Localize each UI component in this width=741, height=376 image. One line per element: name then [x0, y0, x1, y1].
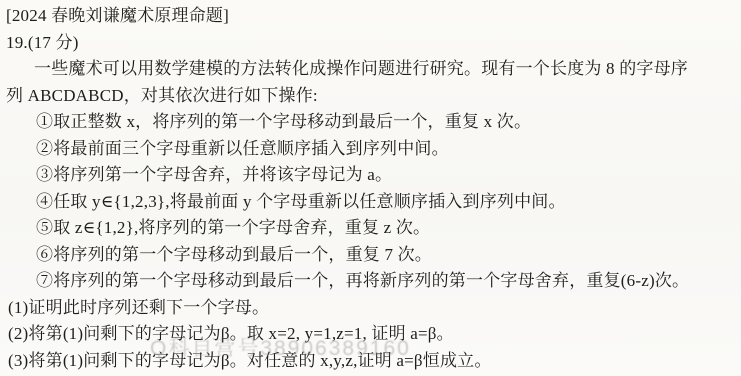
operation-step-1: ①取正整数 x，将序列的第一个字母移动到最后一个，重复 x 次。	[6, 109, 735, 136]
sub-question-2: (2)将第(1)问剩下的字母记为β。取 x=2, y=1,z=1, 证明 a=β…	[6, 321, 735, 348]
operation-step-4: ④任取 y∈{1,2,3},将最前面 y 个字母重新以任意顺序插入到序列中间。	[6, 189, 735, 216]
question-number: 19.(17 分)	[6, 30, 735, 57]
exam-problem-page: [2024 春晚刘谦魔术原理命题] 19.(17 分) 一些魔术可以用数学建模的…	[0, 0, 741, 376]
sub-question-3: (3)将第(1)问剩下的字母记为β。对任意的 x,y,z,证明 a=β恒成立。	[6, 348, 735, 375]
operation-step-7: ⑦将序列的第一个字母移动到最后一个，再将新序列的第一个字母舍弃，重复(6-z)次…	[6, 268, 735, 295]
intro-line-2: 列 ABCDABCD，对其依次进行如下操作:	[6, 83, 735, 110]
operation-step-5: ⑤取 z∈{1,2},将序列的第一个字母舍弃，重复 z 次。	[6, 215, 735, 242]
operation-step-6: ⑥将序列的第一个字母移动到最后一个，重复 7 次。	[6, 242, 735, 269]
sub-question-1: (1)证明此时序列还剩下一个字母。	[6, 295, 735, 322]
operation-step-2: ②将最前面三个字母重新以任意顺序插入到序列中间。	[6, 136, 735, 163]
exam-source-tag: [2024 春晚刘谦魔术原理命题]	[6, 3, 735, 30]
operation-step-3: ③将序列第一个字母舍弃，并将该字母记为 a。	[6, 162, 735, 189]
intro-line-1: 一些魔术可以用数学建模的方法转化成操作问题进行研究。现有一个长度为 8 的字母序	[6, 56, 735, 83]
